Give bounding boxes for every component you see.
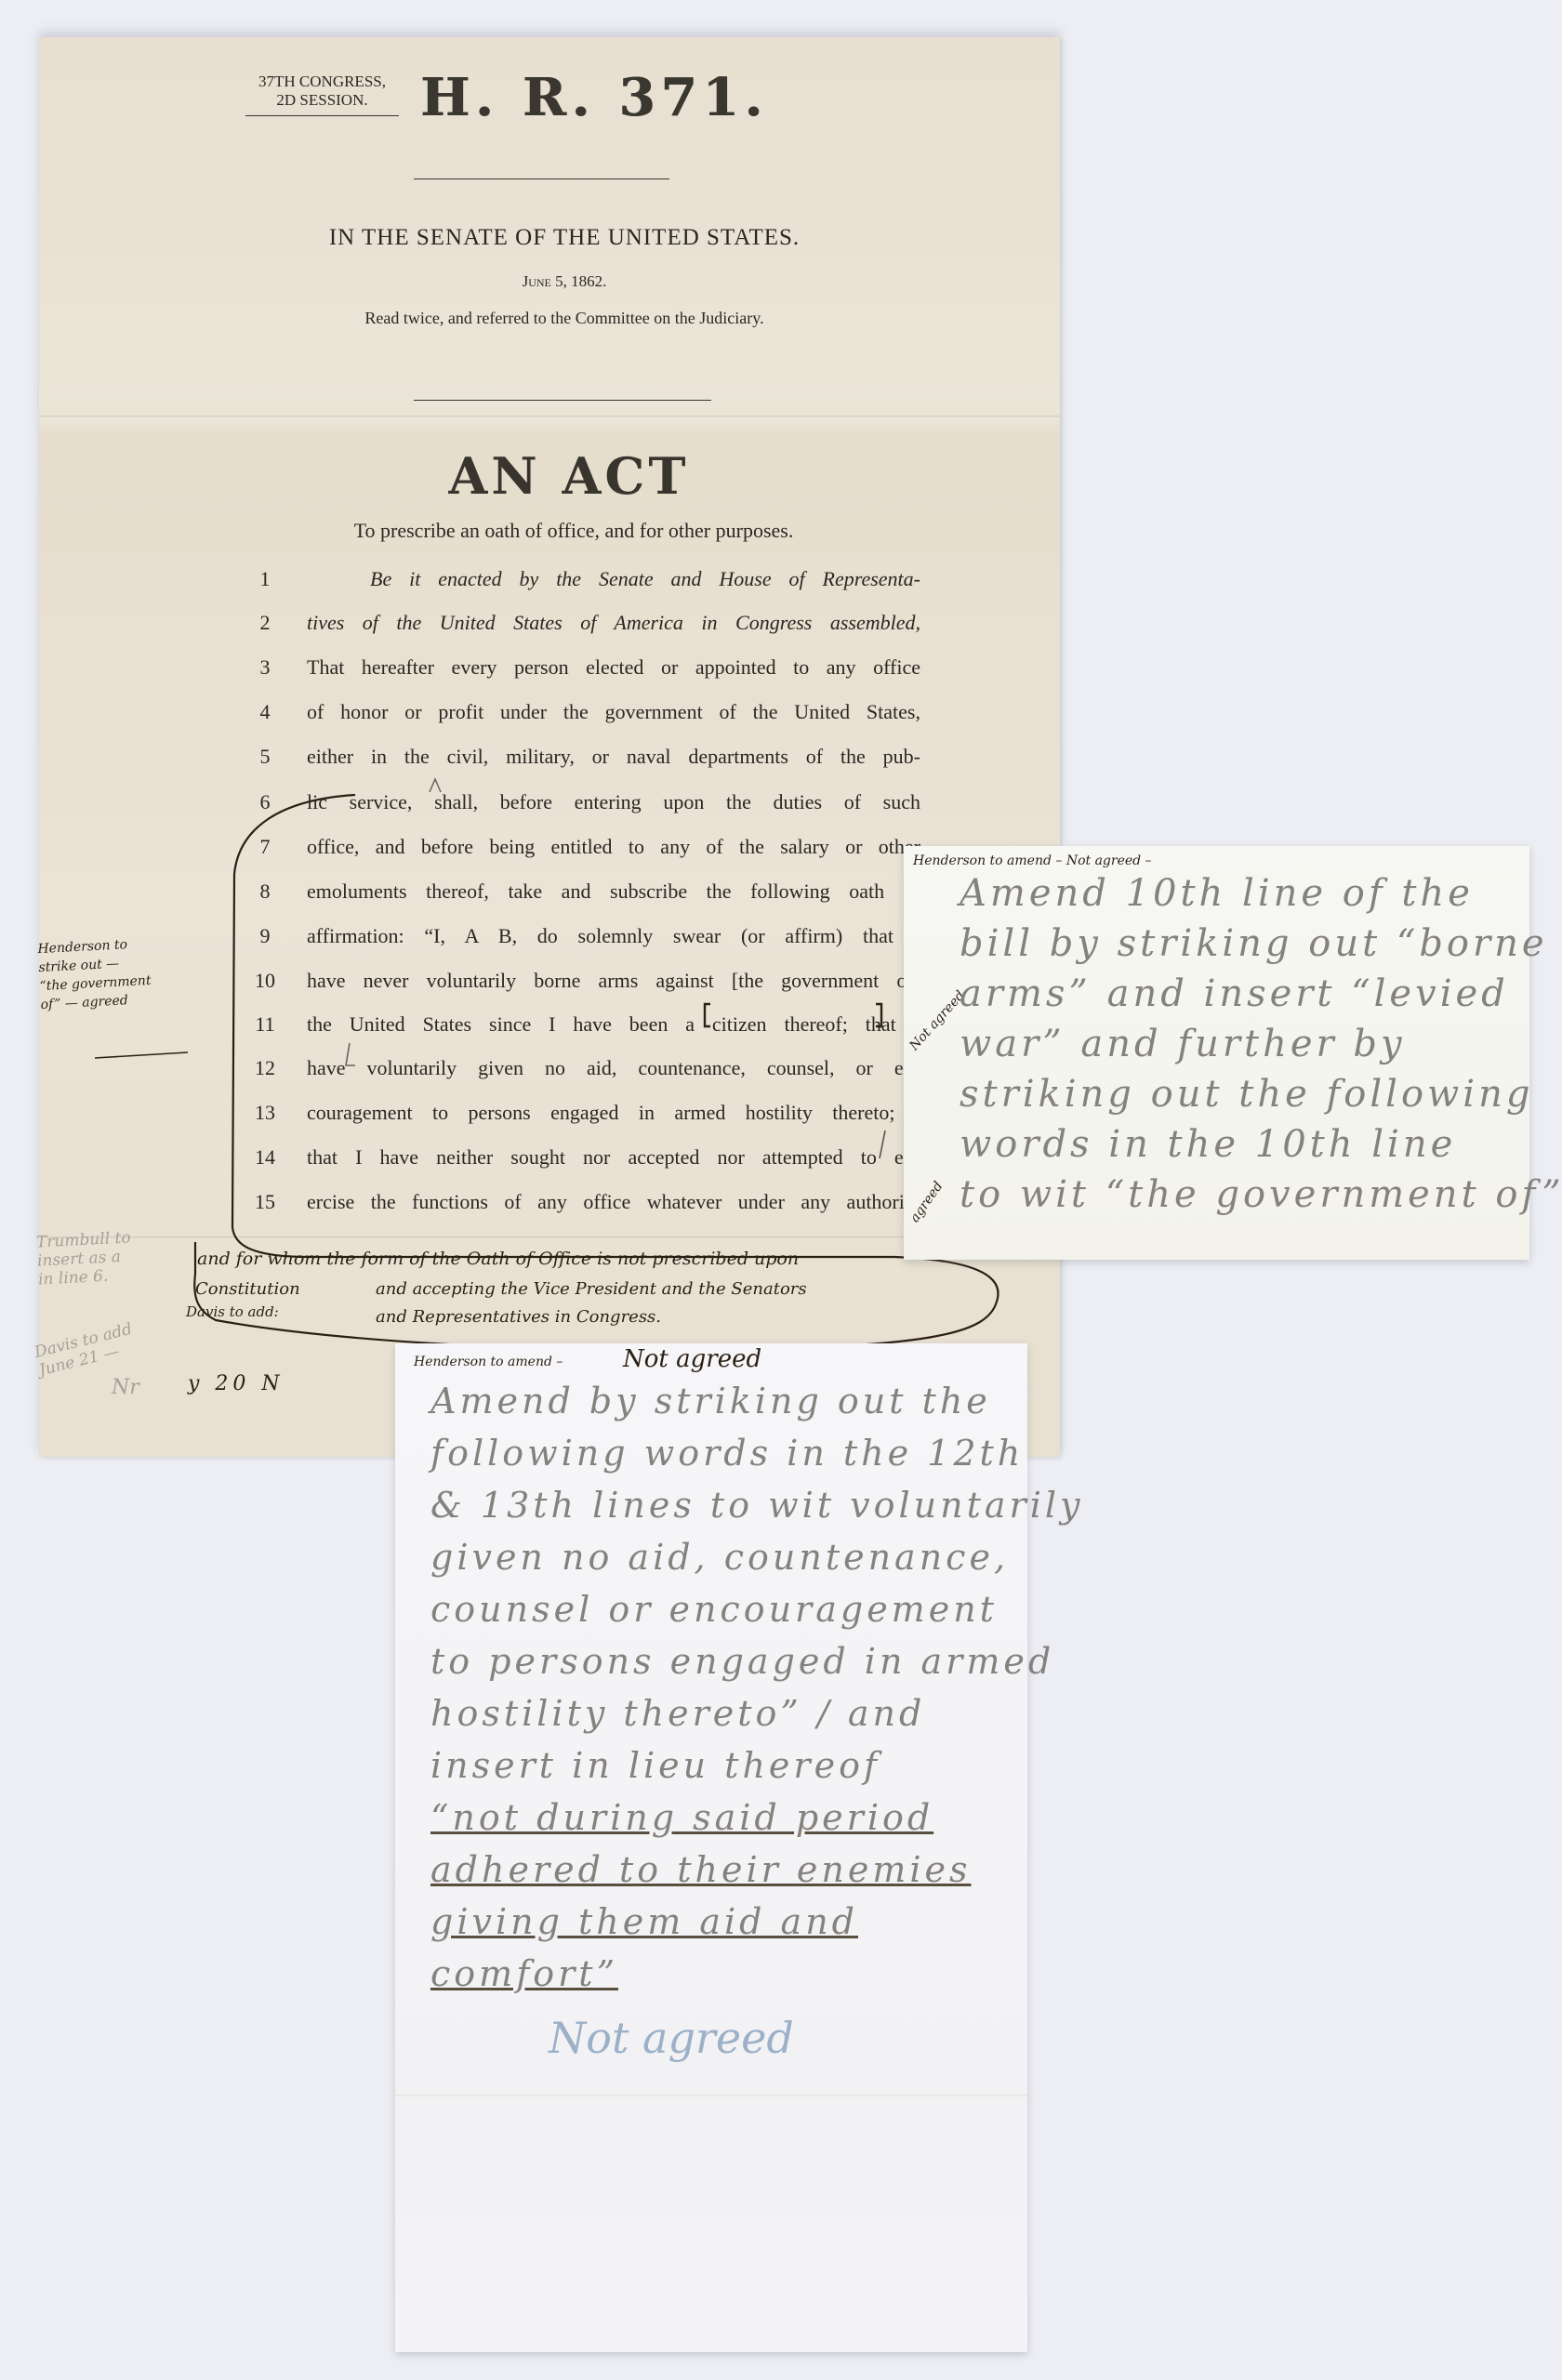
note-line: war” and further by	[960, 1023, 1406, 1065]
note-line: bill by striking out “borne	[960, 922, 1548, 965]
handwritten-insert-line: and Representatives in Congress.	[376, 1307, 661, 1327]
tally-mark: Nr	[112, 1376, 139, 1399]
note-line: counsel or encouragement	[430, 1589, 998, 1630]
vote-tally: y 20 N	[188, 1372, 285, 1395]
margin-note-trumbull: Trumbull to insert as a in line 6.	[35, 1228, 133, 1289]
side-verdict-agreed: agreed	[907, 1179, 946, 1225]
note-line: following words in the 12th	[430, 1433, 1024, 1474]
footer-verdict: Not agreed	[549, 2013, 794, 2063]
amendment-note-right: Henderson to amend – Not agreed – Not ag…	[904, 846, 1529, 1260]
handwritten-insert-constitution: Constitution	[195, 1279, 300, 1299]
note-line: arms” and insert “levied	[960, 972, 1509, 1015]
note-line-underlined: giving them aid and	[430, 1901, 858, 1942]
note-heading-verdict: Not agreed	[623, 1345, 761, 1373]
note-line: hostility thereto” / and	[430, 1693, 925, 1734]
handwritten-insert-line: and accepting the Vice President and the…	[376, 1279, 807, 1299]
handwritten-davis-label: Davis to add:	[186, 1303, 279, 1320]
note-line-underlined: adhered to their enemies	[430, 1849, 971, 1890]
note-line: given no aid, countenance,	[430, 1537, 1009, 1578]
note-heading: Henderson to amend – Not agreed –	[913, 853, 1152, 868]
note-line: Amend 10th line of the	[960, 872, 1474, 915]
note-line: striking out the following	[960, 1073, 1533, 1116]
note-line: Amend by striking out the	[430, 1381, 991, 1421]
amendment-note-bottom: Henderson to amend – Not agreed Amend by…	[395, 1343, 1027, 2352]
note-heading: Henderson to amend –	[414, 1355, 563, 1369]
handwritten-insert-line: and for whom the form of the Oath of Off…	[197, 1249, 799, 1269]
note-line-underlined: “not during said period	[430, 1797, 933, 1838]
note-line: & 13th lines to wit voluntarily	[430, 1485, 1084, 1526]
note-line: to persons engaged in armed	[430, 1641, 1054, 1682]
paper-fold	[395, 2095, 1027, 2097]
note-line-underlined: comfort”	[430, 1953, 618, 1994]
note-line: to wit “the government of”	[960, 1173, 1562, 1216]
note-line: insert in lieu thereof	[430, 1745, 880, 1786]
note-line: words in the 10th line	[960, 1123, 1456, 1166]
margin-note-henderson: Henderson to strike out — “the governmen…	[37, 934, 152, 1014]
